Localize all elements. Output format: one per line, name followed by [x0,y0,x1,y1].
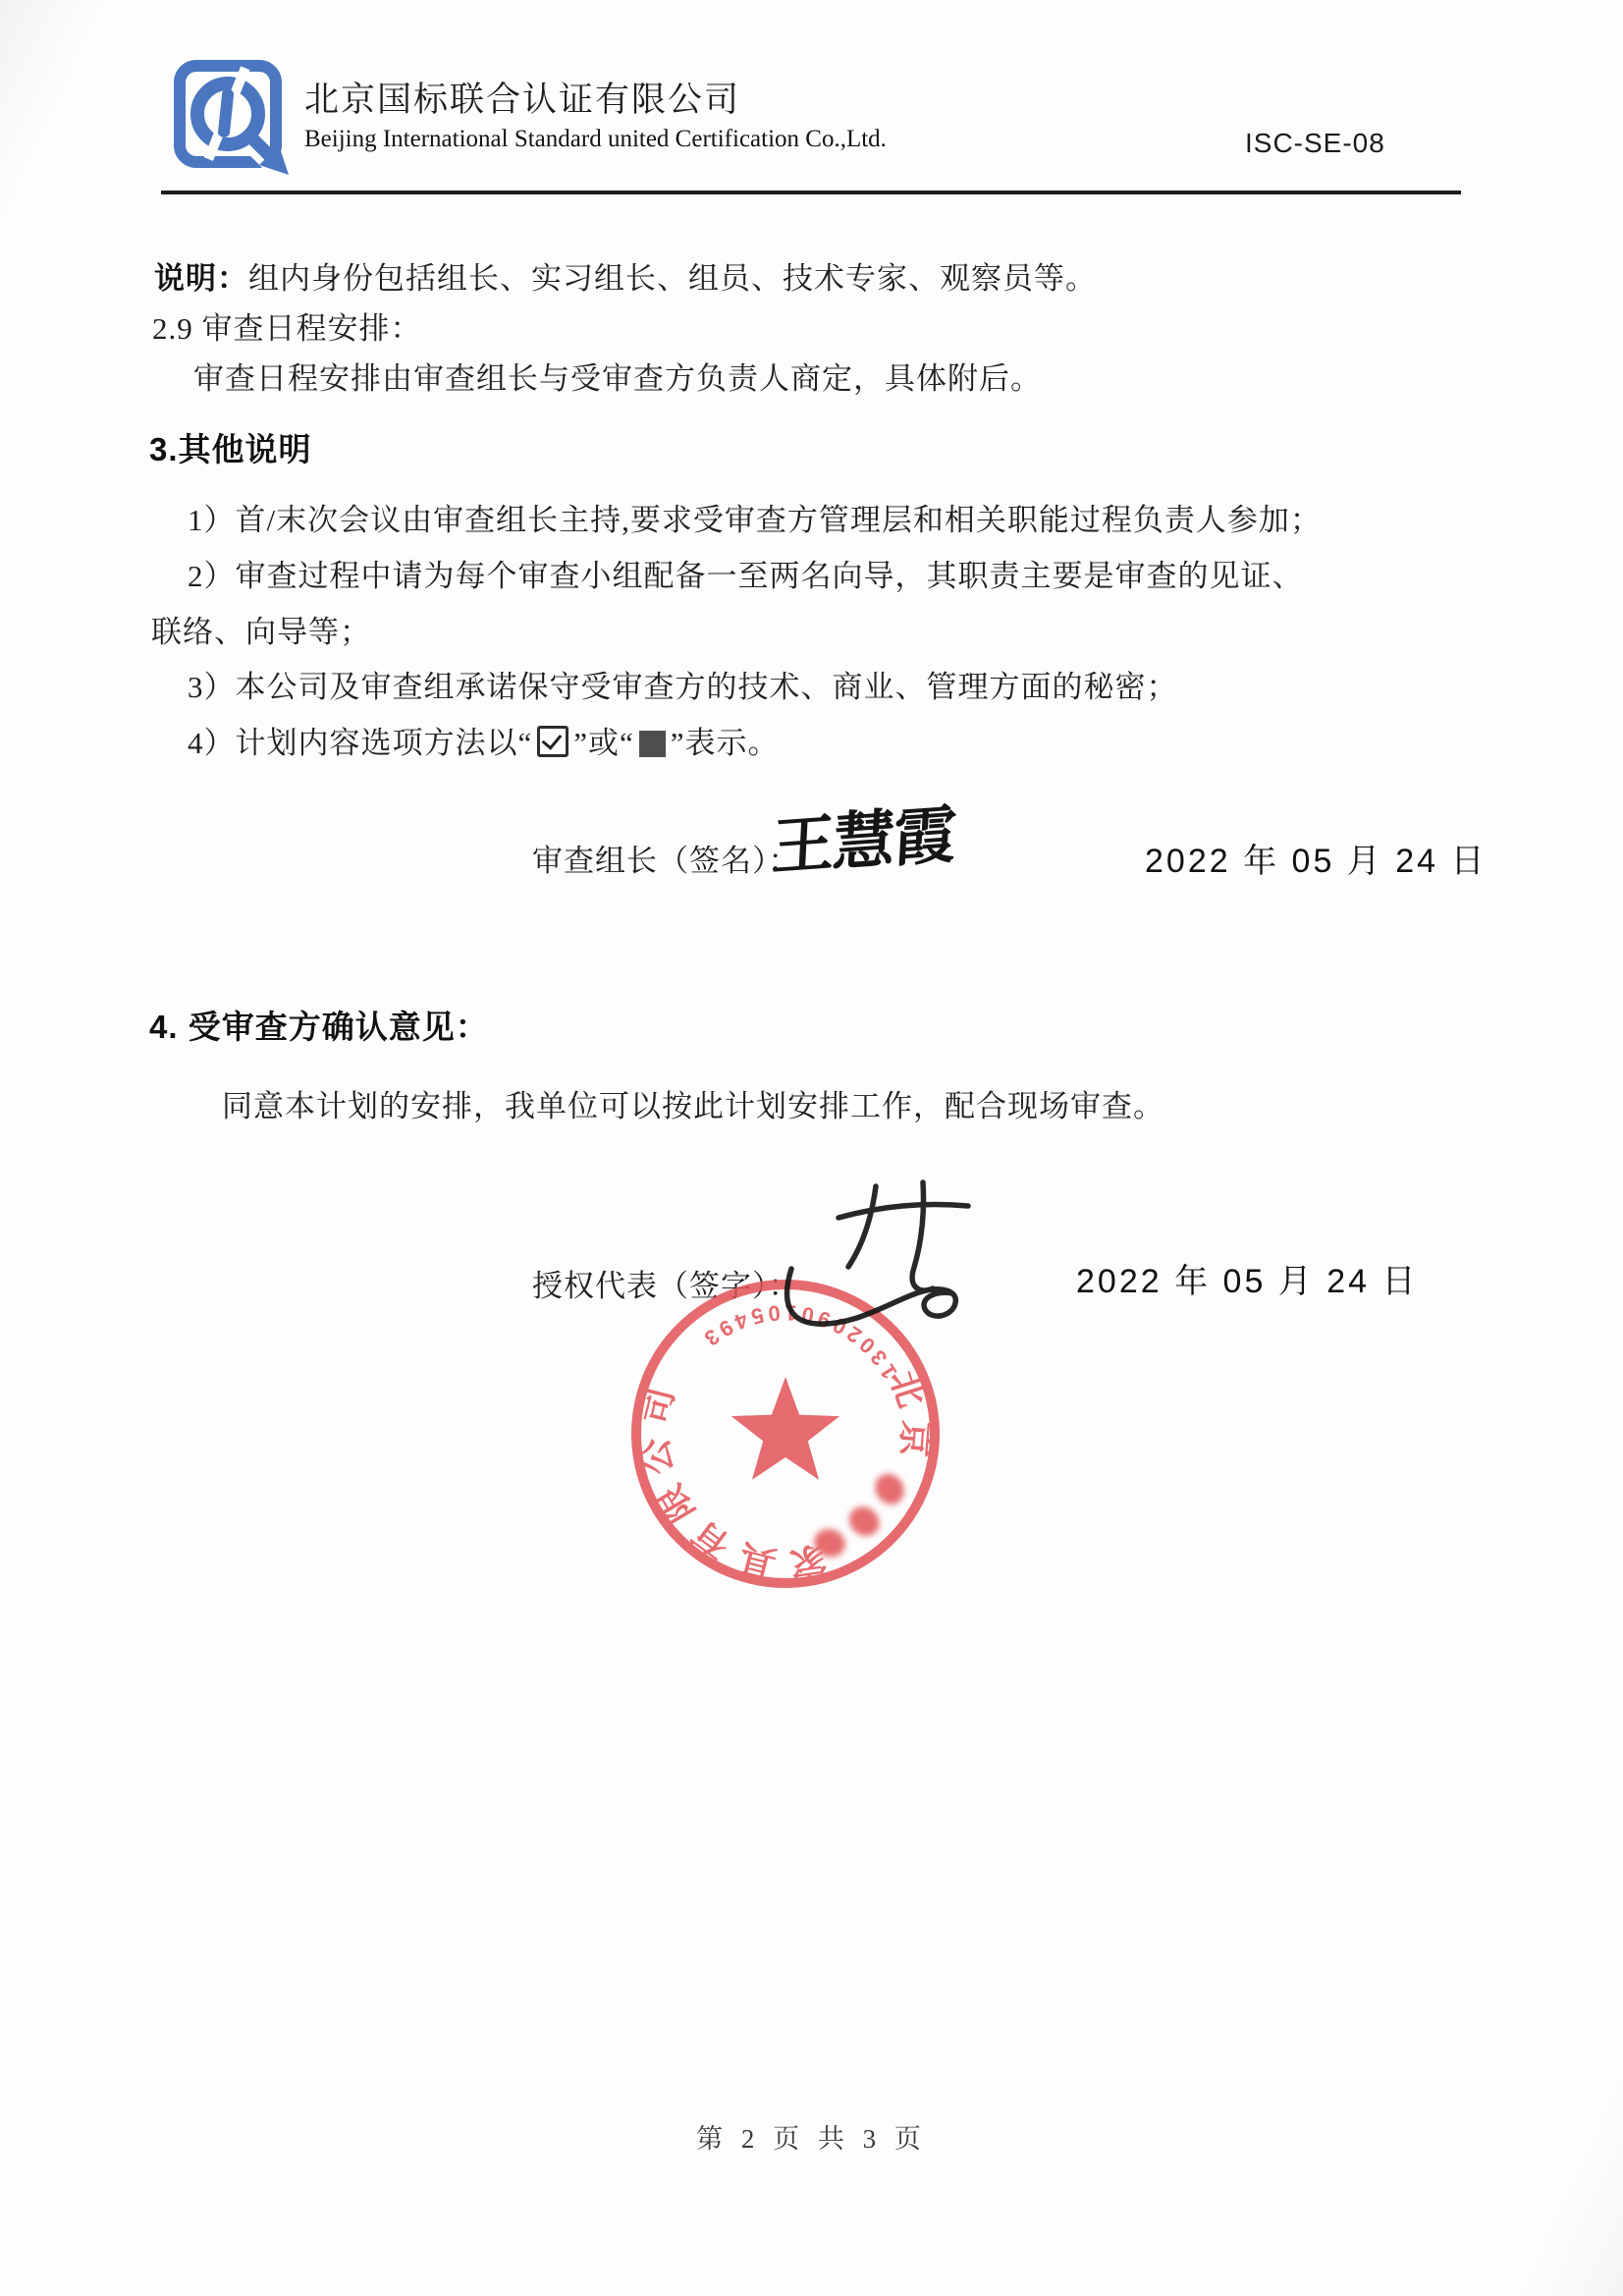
other-note-item-2-cont: 联络、向导等； [151,607,371,651]
item4-text-mid: ”或“ [573,726,634,760]
scanned-document-page: 北京国标联合认证有限公司 Beijing International Stand… [0,0,1623,2296]
svg-text:家具有限公司: 家具有限公司 [631,1368,830,1591]
note-text: 组内身份包括组长、实习组长、组员、技术专家、观察员等。 [248,261,1097,296]
section-3-title: 3.其他说明 [149,424,312,470]
header-divider [161,191,1461,194]
page-number: 第 2 页 共 3 页 [0,2117,1623,2156]
section-2-9-title: 2.9 审查日程安排： [152,303,422,348]
other-note-item-2: 2）审查过程中请为每个审查小组配备一至两名向导，其职责主要是审查的见证、 [188,551,1304,595]
item4-text-after: ”表示。 [671,726,780,760]
bisc-logo-icon [171,57,295,181]
section-4-text: 同意本计划的安排，我单位可以按此计划安排工作，配合现场审查。 [222,1081,1164,1125]
other-note-item-4: 4）计划内容选项方法以“”或“”表示。 [188,718,780,762]
leader-signature-date: 2022 年 05 月 24 日 [1145,834,1488,882]
section-4-title: 4. 受审查方确认意见： [149,1002,489,1048]
company-name-cn: 北京国标联合认证有限公司 [304,73,740,122]
signature-scribble-icon [774,1175,1000,1371]
company-logo [171,57,295,181]
representative-signature-date: 2022 年 05 月 24 日 [1076,1254,1419,1302]
item4-text-before: 4）计划内容选项方法以“ [188,726,532,760]
section-2-9-text: 审查日程安排由审查组长与受审查方负责人商定，具体附后。 [193,354,1042,398]
checked-box-icon [537,726,568,757]
stamp-illegible-characters [808,1468,912,1562]
company-name-en: Beijing International Standard united Ce… [304,126,887,153]
note-label: 说明： [154,261,248,296]
leader-handwritten-signature: 王慧霞 [770,784,956,888]
filled-square-icon [639,731,666,757]
representative-handwritten-signature [774,1175,1000,1371]
stamp-star-icon [731,1377,839,1480]
document-code: ISC-SE-08 [1245,128,1385,159]
stamp-arc-text-end: 家具有限公司 [631,1368,830,1591]
note-line: 说明：组内身份包括组长、实习组长、组员、技术专家、观察员等。 [154,253,1097,298]
other-note-item-3: 3）本公司及审查组承诺保守受审查方的技术、商业、管理方面的秘密； [188,662,1178,706]
other-note-item-1: 1）首/末次会议由审查组长主持,要求受审查方管理层和相关职能过程负责人参加； [188,495,1322,539]
leader-signature-label: 审查组长（签名）： [532,836,800,880]
